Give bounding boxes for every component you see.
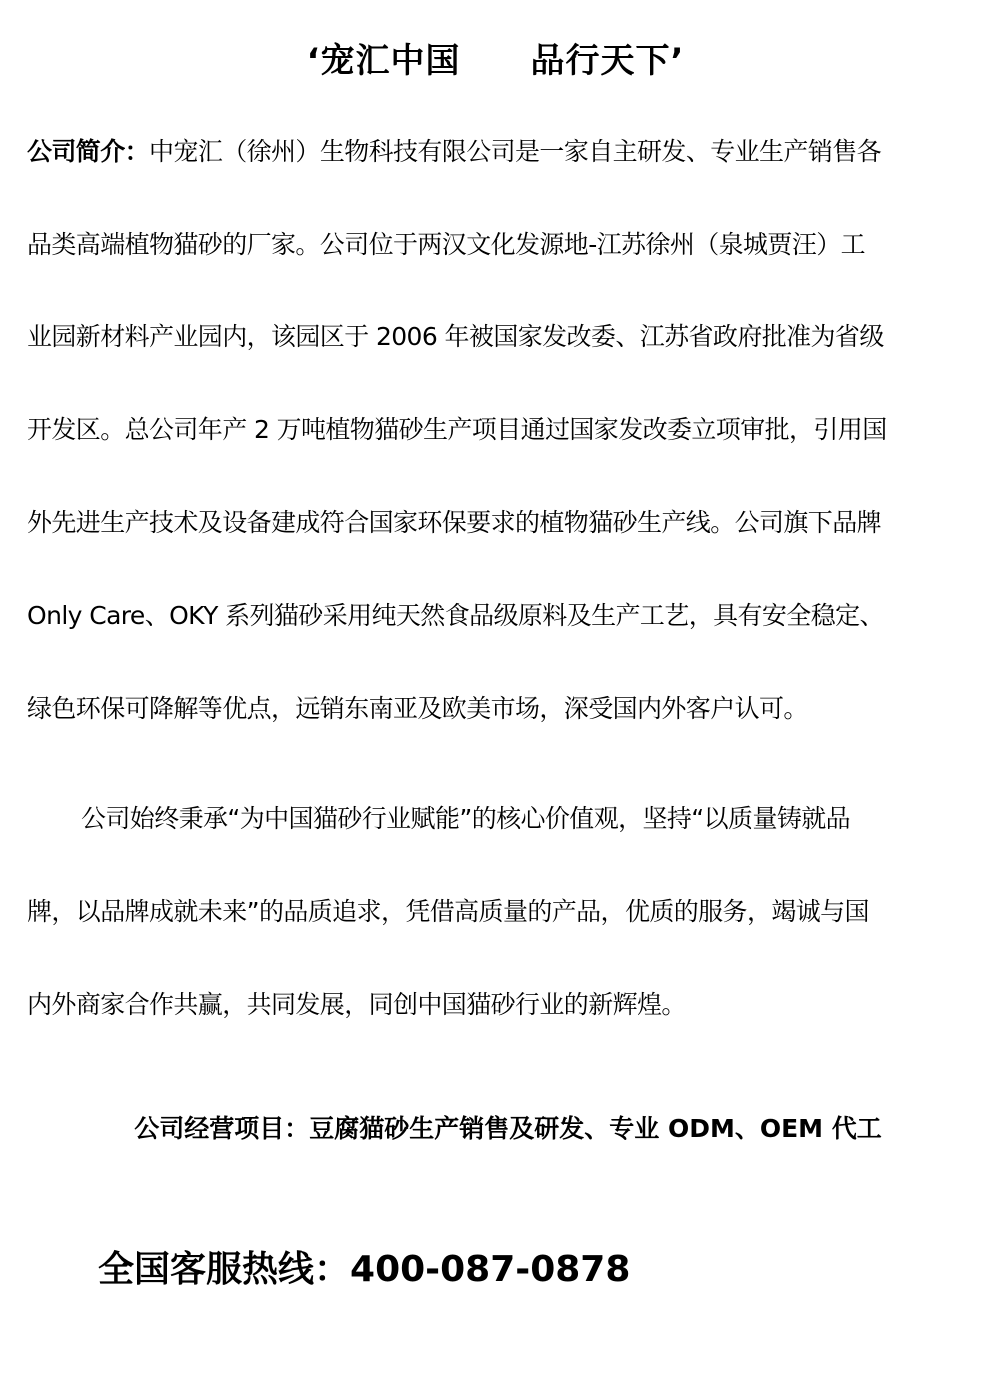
intro-line-5: 外先进生产技术及设备建成符合国家环保要求的植物猫砂生产线。公司旗下品牌 — [27, 505, 967, 541]
intro-line-6: Only Care、OKY 系列猫砂采用纯天然食品级原料及生产工艺，具有安全稳定… — [27, 598, 967, 634]
intro-line-1: 公司简介：中宠汇（徐州）生物科技有限公司是一家自主研发、专业生产销售各 — [27, 134, 967, 170]
values-line-2: 牌，以品牌成就未来”的品质追求，凭借高质量的产品，优质的服务，竭诚与国 — [27, 894, 967, 930]
document-title: ‘宠汇中国 品行天下’ — [0, 36, 991, 86]
values-line-3: 内外商家合作共赢，共同发展，同创中国猫砂行业的新辉煌。 — [27, 987, 967, 1023]
hotline-label: 全国客服热线： — [98, 1249, 350, 1290]
intro-text: 中宠汇（徐州）生物科技有限公司是一家自主研发、专业生产销售各 — [149, 137, 881, 166]
intro-line-4: 开发区。总公司年产 2 万吨植物猫砂生产项目通过国家发改委立项审批，引用国 — [27, 412, 967, 448]
hotline: 全国客服热线：400-087-0878 — [98, 1245, 630, 1295]
hotline-number: 400-087-0878 — [350, 1249, 630, 1290]
intro-line-7: 绿色环保可降解等优点，远销东南亚及欧美市场，深受国内外客户认可。 — [27, 691, 967, 727]
business-scope: 公司经营项目：豆腐猫砂生产销售及研发、专业 ODM、OEM 代工 — [0, 1110, 991, 1148]
intro-line-2: 品类高端植物猫砂的厂家。公司位于两汉文化发源地-江苏徐州（泉城贾汪）工 — [27, 227, 967, 263]
intro-label: 公司简介： — [27, 137, 149, 166]
intro-line-3: 业园新材料产业园内，该园区于 2006 年被国家发改委、江苏省政府批准为省级 — [27, 319, 967, 355]
values-line-1: 公司始终秉承“为中国猫砂行业赋能”的核心价值观，坚持“以质量铸就品 — [27, 801, 991, 837]
